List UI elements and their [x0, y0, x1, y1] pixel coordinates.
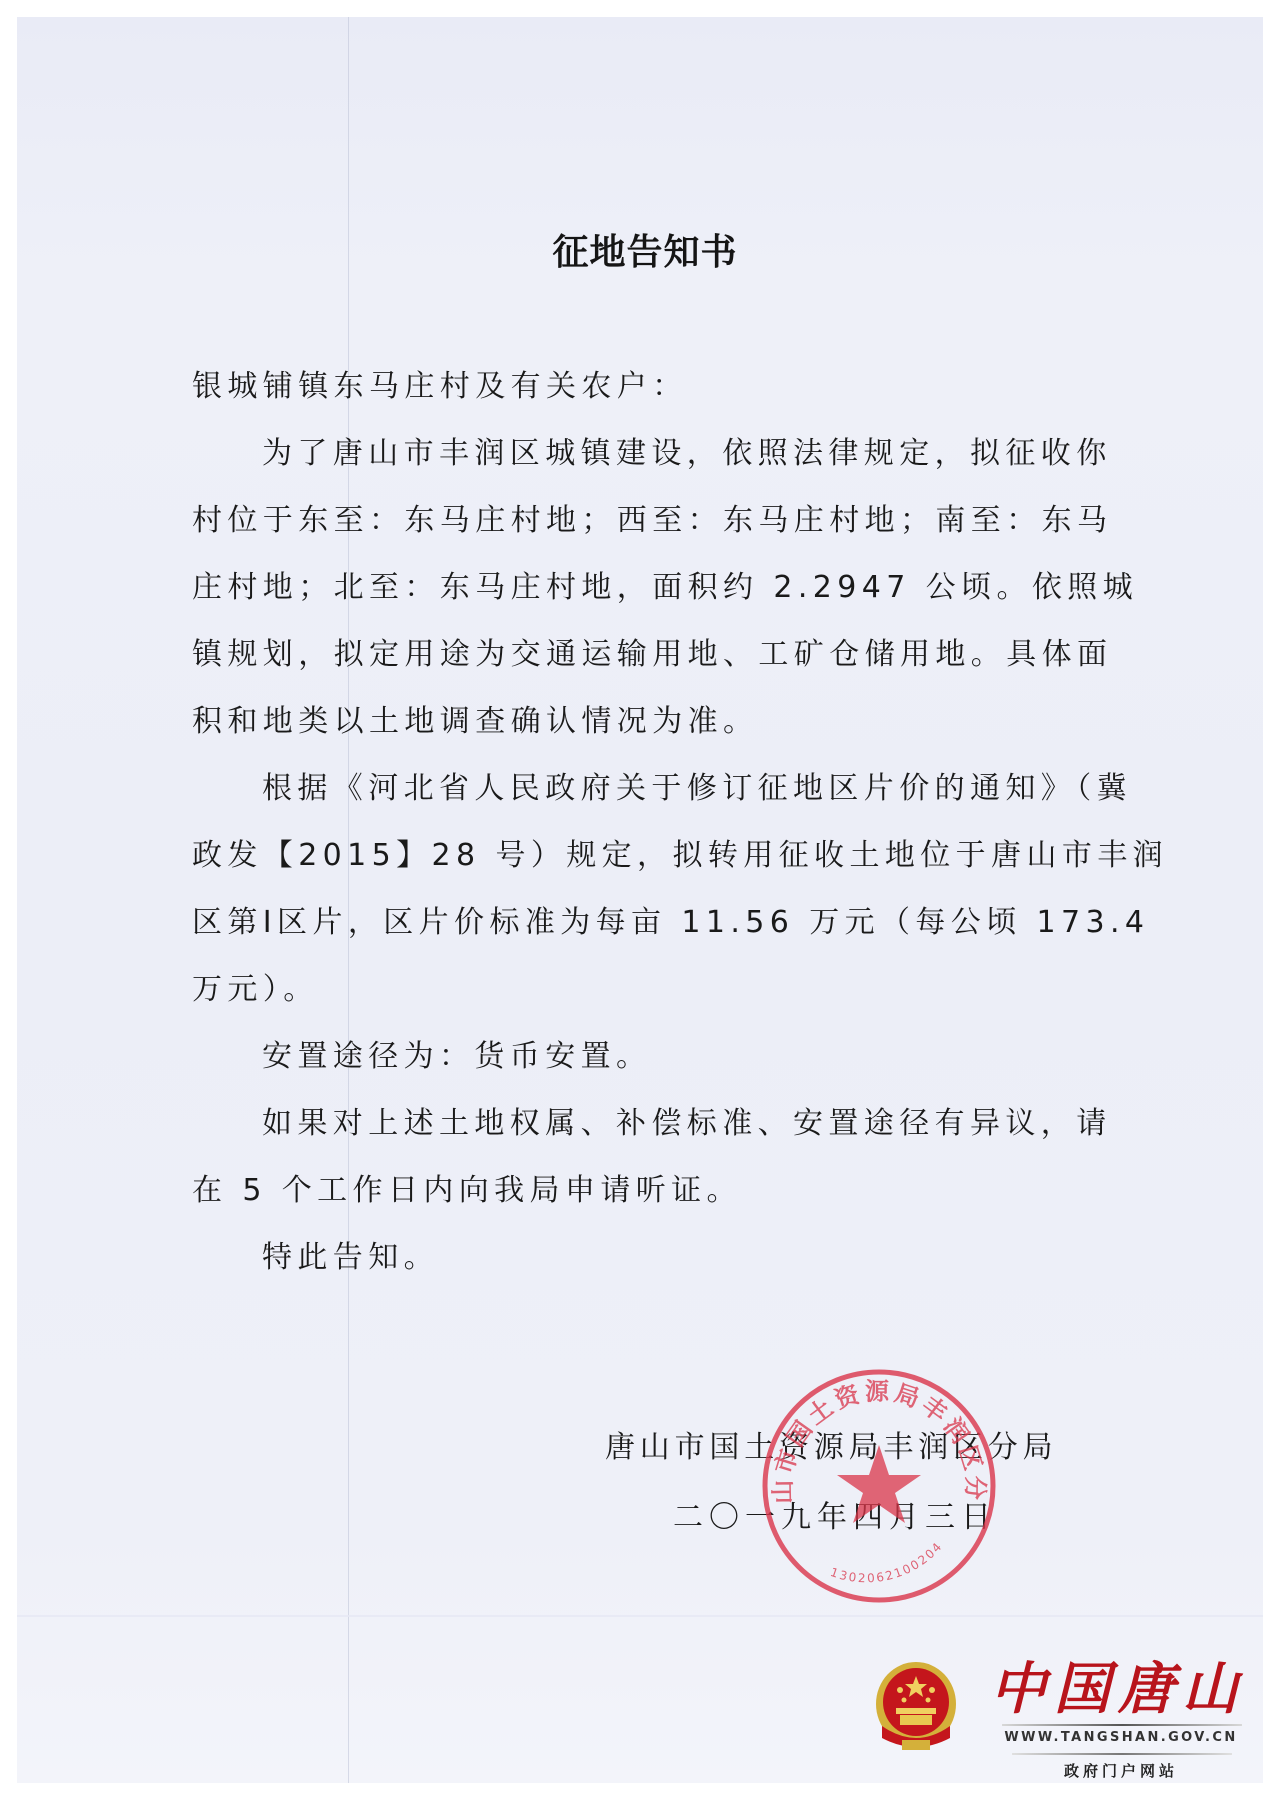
body-text-line: 万元）。 [192, 970, 319, 1010]
svg-text:1302062100204: 1302062100204 [829, 1539, 946, 1586]
body-text-line: 根据《河北省人民政府关于修订征地区片价的通知》（冀 [262, 769, 1132, 809]
logo-subtitle: 政府门户网站 [990, 1760, 1252, 1781]
logo-url[interactable]: WWW.TANGSHAN.GOV.CN [990, 1730, 1252, 1745]
body-text-line: 安置途径为：货币安置。 [262, 1037, 651, 1077]
body-text-line: 银城铺镇东马庄村及有关农户： [192, 367, 688, 407]
body-text-line: 政发【2015】28 号）规定，拟转用征收土地位于唐山市丰润 [192, 836, 1168, 876]
document-title: 征地告知书 [540, 224, 750, 275]
body-text-line: 为了唐山市丰润区城镇建设，依照法律规定，拟征收你 [262, 434, 1112, 474]
body-text-line: 在 5 个工作日内向我局申请听证。 [192, 1171, 742, 1211]
body-text-line: 如果对上述土地权属、补偿标准、安置途径有异议，请 [262, 1104, 1112, 1144]
scan-crease-horizontal [17, 1615, 1263, 1617]
scanned-document-page [17, 17, 1263, 1783]
body-text-line: 庄村地；北至：东马庄村地，面积约 2.2947 公顷。依照城 [192, 568, 1138, 608]
official-seal-icon: 唐山市国土资源局丰润区分局 1302062100204 [760, 1367, 998, 1605]
tangshan-gov-logo[interactable]: 中国唐山 WWW.TANGSHAN.GOV.CN 政府门户网站 [872, 1656, 1252, 1786]
body-text-line: 积和地类以土地调查确认情况为准。 [192, 702, 758, 742]
logo-divider [1002, 1724, 1242, 1726]
body-text-line: 特此告知。 [262, 1238, 439, 1278]
body-text-line: 村位于东至：东马庄村地；西至：东马庄村地；南至：东马 [192, 501, 1112, 541]
national-emblem-icon [874, 1660, 958, 1756]
logo-divider [1012, 1753, 1232, 1755]
scan-crease-vertical [348, 17, 349, 1783]
body-text-line: 区第Ⅰ区片，区片价标准为每亩 11.56 万元（每公顷 173.4 [192, 903, 1149, 943]
logo-title: 中国唐山 [990, 1656, 1252, 1722]
body-text-line: 镇规划，拟定用途为交通运输用地、工矿仓储用地。具体面 [192, 635, 1112, 675]
